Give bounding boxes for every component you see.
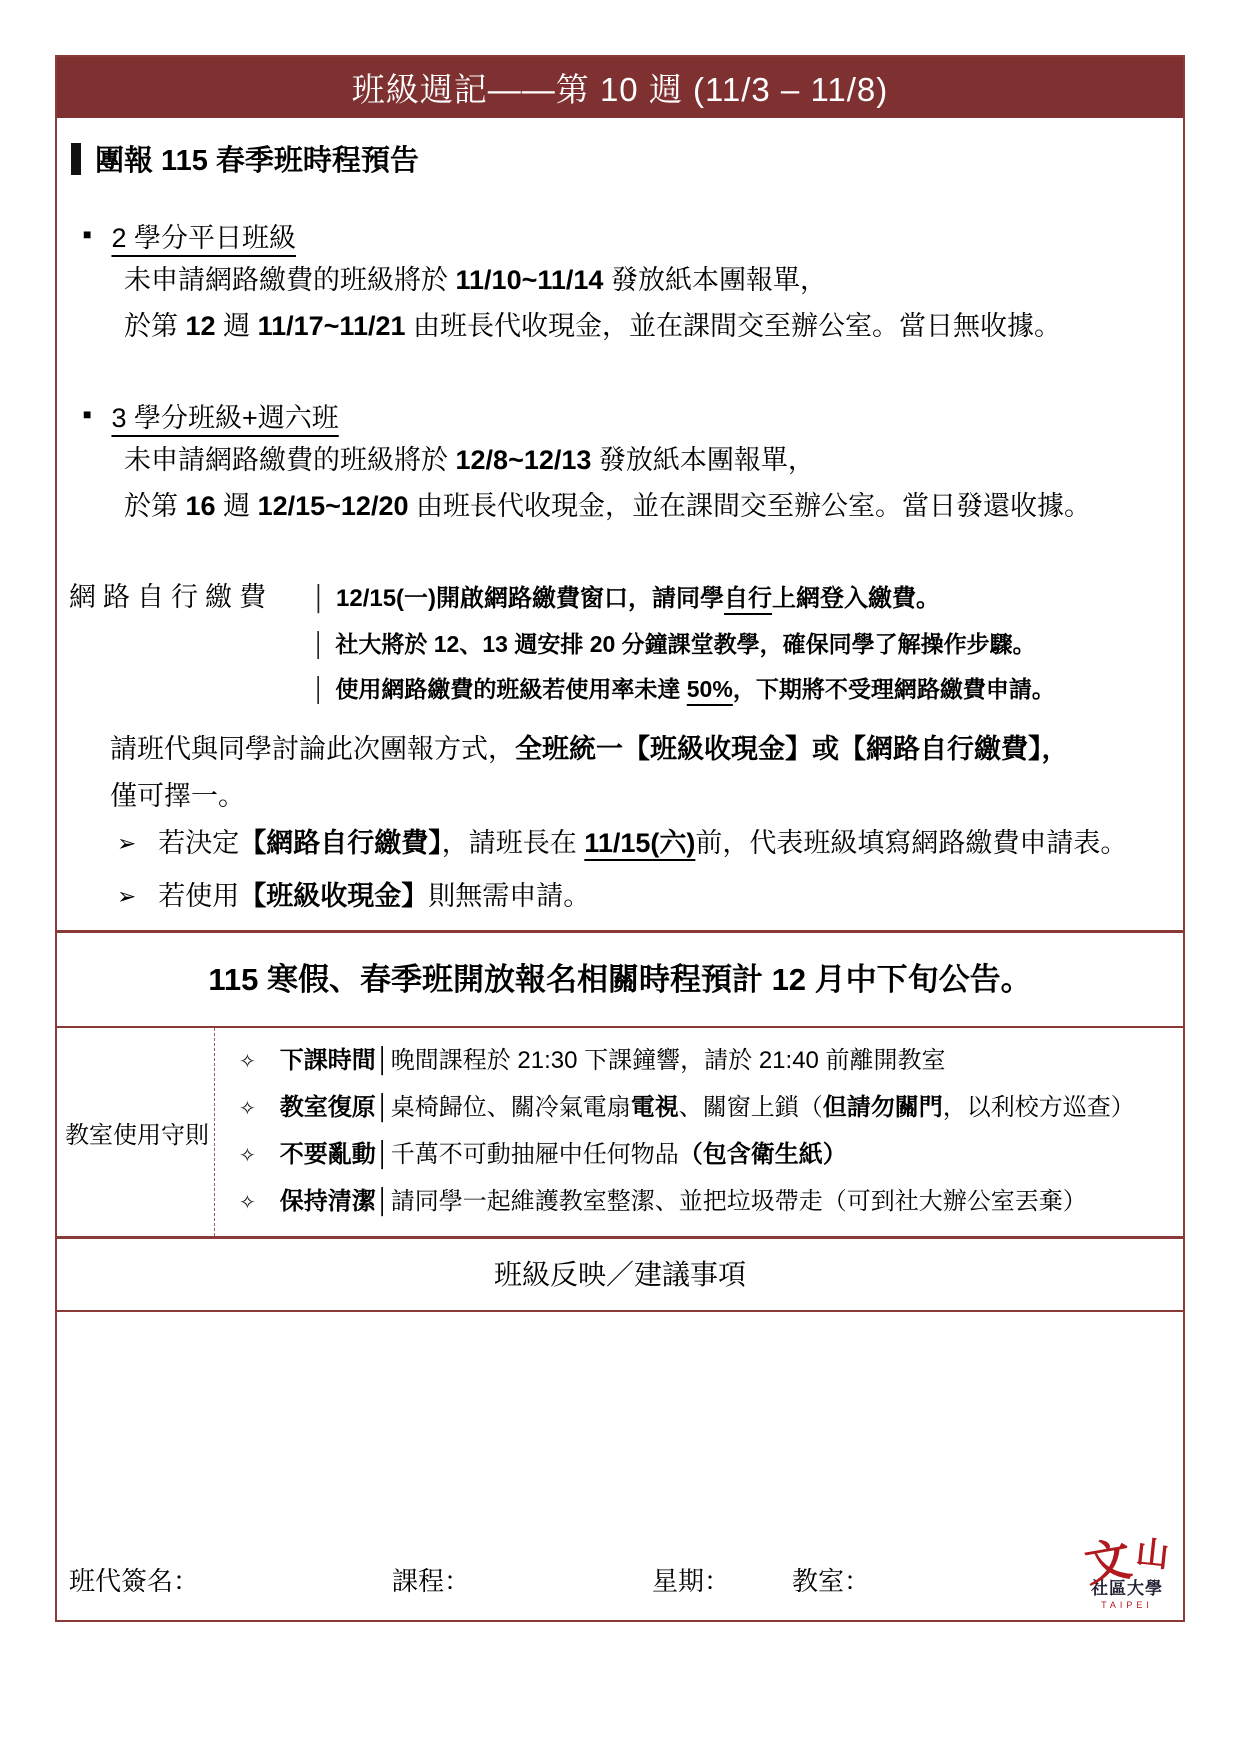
room-field-label: 教室： xyxy=(792,1561,870,1598)
online-payment-row: │社大將於 12、13 週安排 20 分鐘課堂教學，確保同學了解操作步驟。 xyxy=(312,622,1163,667)
rule-row: ✧ 不要亂動│千萬不可動抽屜中任何物品（包含衛生紙） xyxy=(235,1134,1179,1177)
document-title: 班級週記——第 10 週 (11/3 – 11/8) xyxy=(352,64,888,111)
announcement-text: 115 寒假、春季班開放報名相關時程預計 12 月中下旬公告。 xyxy=(208,962,1031,997)
arrow-item-text: 若決定【網路自行繳費】，請班長在 11/15(六)前，代表班級填寫網路繳費申請表… xyxy=(158,820,1127,867)
rule-text: 不要亂動│千萬不可動抽屜中任何物品（包含衛生紙） xyxy=(280,1134,847,1176)
body-line: 於第 16 週 12/15~12/20 由班長代收現金，並在課間交至辦公室。當日… xyxy=(124,483,1163,529)
logo-char-shan: 山 xyxy=(1135,1535,1171,1571)
school-logo: 文 山 社區大學 TAIPEI xyxy=(1075,1539,1179,1610)
discussion-paragraph: 請班代與同學討論此次團報方式，全班統一【班級收現金】或【網路自行繳費】， 僅可擇… xyxy=(110,726,1163,820)
feedback-title-text: 班級反映／建議事項 xyxy=(494,1259,746,1290)
classroom-rules-label: 教室使用守則 xyxy=(57,1028,215,1236)
online-payment-text: │12/15(一)開啟網路繳費窗口，請同學自行上網登入繳費。 xyxy=(312,578,940,613)
document-title-bar: 班級週記——第 10 週 (11/3 – 11/8) xyxy=(57,57,1183,118)
rule-row: ✧ 教室復原│桌椅歸位、關冷氣電扇電視、關窗上鎖（但請勿關門，以利校方巡查） xyxy=(235,1087,1179,1130)
discussion-line: 僅可擇一。 xyxy=(110,773,1163,820)
document-body: 團報 115 春季班時程預告 ■ 2 學分平日班級 未申請網路繳費的班級將於 1… xyxy=(57,118,1183,920)
signature-field-label: 班代簽名： xyxy=(69,1561,199,1598)
classroom-rules-table: 教室使用守則 ✧ 下課時間│晚間課程於 21:30 下課鐘響，請於 21:40 … xyxy=(57,1028,1183,1239)
bullet-title-row: ■ 3 學分班級+週六班 xyxy=(83,393,1163,437)
arrow-item-online: ➢ 若決定【網路自行繳費】，請班長在 11/15(六)前，代表班級填寫網路繳費申… xyxy=(117,820,1163,867)
online-payment-row: │使用網路繳費的班級若使用率未達 50%，下期將不受理網路繳費申請。 xyxy=(312,667,1163,712)
rule-row: ✧ 下課時間│晚間課程於 21:30 下課鐘響，請於 21:40 前離開教室 xyxy=(235,1040,1179,1083)
online-payment-row: 網路自行繳費 │12/15(一)開啟網路繳費窗口，請同學自行上網登入繳費。 xyxy=(69,575,1163,614)
section-heading: 團報 115 春季班時程預告 xyxy=(71,138,1163,179)
arrow-item-text: 若使用【班級收現金】則無需申請。 xyxy=(158,873,590,920)
announcement-banner: 115 寒假、春季班開放報名相關時程預計 12 月中下旬公告。 xyxy=(57,930,1183,1028)
online-payment-label: 網路自行繳費 xyxy=(69,575,312,614)
document-page: 班級週記——第 10 週 (11/3 – 11/8) 團報 115 春季班時程預… xyxy=(55,55,1185,1622)
square-bullet-icon: ■ xyxy=(83,226,91,242)
bullet-title-row: ■ 2 學分平日班級 xyxy=(83,213,1163,257)
heading-bar-icon xyxy=(71,143,81,175)
discussion-line: 請班代與同學討論此次團報方式，全班統一【班級收現金】或【網路自行繳費】， xyxy=(110,726,1163,773)
bullet-group-saturday: ■ 3 學分班級+週六班 未申請網路繳費的班級將於 12/8~12/13 發放紙… xyxy=(83,393,1163,529)
body-line: 未申請網路繳費的班級將於 12/8~12/13 發放紙本團報單， xyxy=(124,437,1163,483)
rule-text: 教室復原│桌椅歸位、關冷氣電扇電視、關窗上鎖（但請勿關門，以利校方巡查） xyxy=(280,1087,1135,1129)
logo-calligraphy: 文 山 xyxy=(1075,1539,1179,1585)
rule-text: 下課時間│晚間課程於 21:30 下課鐘響，請於 21:40 前離開教室 xyxy=(280,1040,946,1082)
weekday-field-label: 星期： xyxy=(652,1561,730,1598)
bullet-title: 3 學分班級+週六班 xyxy=(111,396,338,435)
diamond-bullet-icon: ✧ xyxy=(239,1041,256,1083)
rule-row: ✧ 保持清潔│請同學一起維護教室整潔、並把垃圾帶走（可到社大辦公室丟棄） xyxy=(235,1181,1179,1224)
course-field-label: 課程： xyxy=(392,1561,470,1598)
rule-text: 保持清潔│請同學一起維護教室整潔、並把垃圾帶走（可到社大辦公室丟棄） xyxy=(280,1181,1087,1223)
arrow-bullet-icon: ➢ xyxy=(117,820,136,867)
square-bullet-icon: ■ xyxy=(83,406,91,422)
diamond-bullet-icon: ✧ xyxy=(239,1182,256,1224)
section-heading-text: 團報 115 春季班時程預告 xyxy=(95,138,419,179)
diamond-bullet-icon: ✧ xyxy=(239,1088,256,1130)
arrow-bullet-icon: ➢ xyxy=(117,873,136,920)
classroom-rules-list: ✧ 下課時間│晚間課程於 21:30 下課鐘響，請於 21:40 前離開教室 ✧… xyxy=(215,1028,1183,1236)
logo-char-wen: 文 xyxy=(1081,1535,1134,1588)
bullet-title: 2 學分平日班級 xyxy=(111,216,296,255)
bullet-group-weekday: ■ 2 學分平日班級 未申請網路繳費的班級將於 11/10~11/14 發放紙本… xyxy=(83,213,1163,349)
logo-en-text: TAIPEI xyxy=(1075,1601,1179,1610)
feedback-blank-area: 班代簽名： 課程： 星期： 教室： 文 山 社區大學 TAIPEI xyxy=(57,1312,1183,1620)
diamond-bullet-icon: ✧ xyxy=(239,1135,256,1177)
online-payment-block: 網路自行繳費 │12/15(一)開啟網路繳費窗口，請同學自行上網登入繳費。 │社… xyxy=(69,575,1163,712)
body-line: 於第 12 週 11/17~11/21 由班長代收現金，並在課間交至辦公室。當日… xyxy=(124,303,1163,349)
body-line: 未申請網路繳費的班級將於 11/10~11/14 發放紙本團報單， xyxy=(124,257,1163,303)
feedback-section-title: 班級反映／建議事項 xyxy=(57,1239,1183,1312)
arrow-item-cash: ➢ 若使用【班級收現金】則無需申請。 xyxy=(117,873,1163,920)
